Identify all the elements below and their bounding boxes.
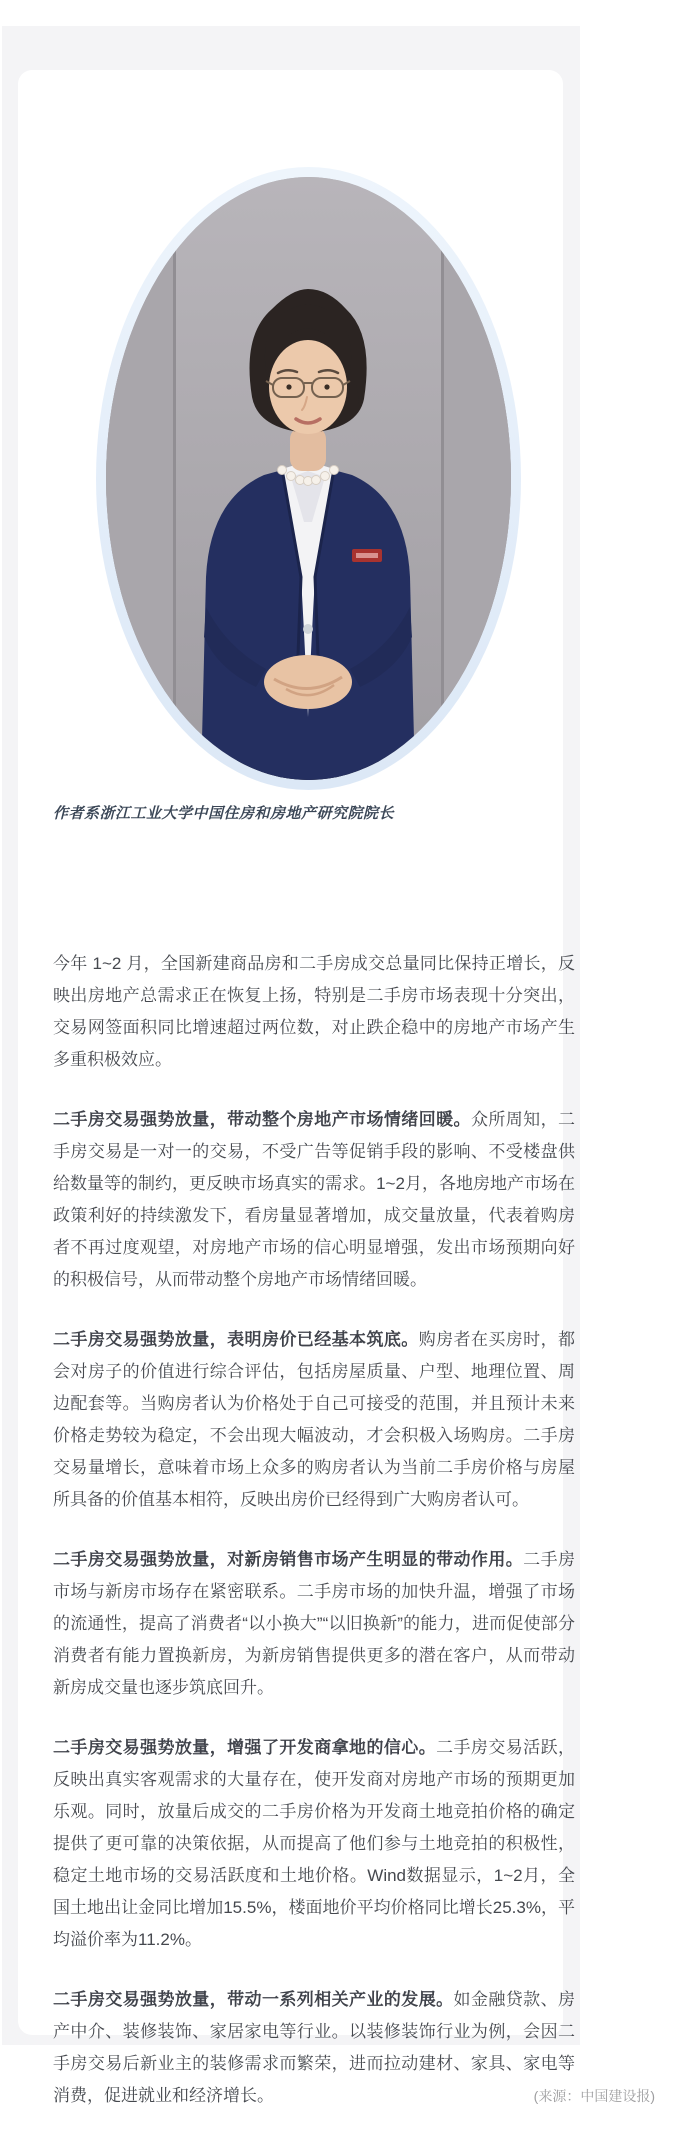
paragraph: 二手房交易强势放量，增强了开发商拿地的信心。二手房交易活跃，反映出真实客观需求的… [53,1732,575,1956]
article-card: 作者系浙江工业大学中国住房和房地产研究院院长 今年 1~2 月，全国新建商品房和… [18,70,563,2035]
paragraph: 二手房交易强势放量，对新房销售市场产生明显的带动作用。二手房市场与新房市场存在紧… [53,1544,575,1704]
author-portrait-photo [106,177,511,780]
paragraph-lead: 二手房交易强势放量，带动一系列相关产业的发展。 [53,1990,454,2009]
paragraph-text: 购房者在买房时，都会对房子的价值进行综合评估，包括房屋质量、户型、地理位置、周边… [53,1330,575,1509]
portrait-ring [96,167,521,790]
paragraph-text: 今年 1~2 月，全国新建商品房和二手房成交总量同比保持正增长，反映出房地产总需… [53,954,575,1069]
paragraph-lead: 二手房交易强势放量，表明房价已经基本筑底。 [53,1330,419,1349]
paragraph-lead: 二手房交易强势放量，对新房销售市场产生明显的带动作用。 [53,1550,523,1569]
paragraph: 二手房交易强势放量，带动整个房地产市场情绪回暖。众所周知，二手房交易是一对一的交… [53,1104,575,1296]
portrait-illustration [106,177,511,780]
paragraph: 二手房交易强势放量，表明房价已经基本筑底。购房者在买房时，都会对房子的价值进行综… [53,1324,575,1516]
paragraph: 今年 1~2 月，全国新建商品房和二手房成交总量同比保持正增长，反映出房地产总需… [53,948,575,1076]
paragraph-text: 众所周知，二手房交易是一对一的交易，不受广告等促销手段的影响、不受楼盘供给数量等… [53,1110,575,1289]
paragraph-lead: 二手房交易强势放量，带动整个房地产市场情绪回暖。 [53,1110,471,1129]
paragraph-text: 二手房市场与新房市场存在紧密联系。二手房市场的加快升温，增强了市场的流通性，提高… [53,1550,575,1697]
article-body: 今年 1~2 月，全国新建商品房和二手房成交总量同比保持正增长，反映出房地产总需… [53,948,575,2112]
author-caption: 作者系浙江工业大学中国住房和房地产研究院院长 [53,803,563,825]
source-attribution: (来源：中国建设报) [534,2085,655,2107]
paragraph-lead: 二手房交易强势放量，增强了开发商拿地的信心。 [53,1738,436,1757]
paragraph-text: 二手房交易活跃，反映出真实客观需求的大量存在，使开发商对房地产市场的预期更加乐观… [53,1738,575,1949]
paragraph: 二手房交易强势放量，带动一系列相关产业的发展。如金融贷款、房产中介、装修装饰、家… [53,1984,575,2112]
